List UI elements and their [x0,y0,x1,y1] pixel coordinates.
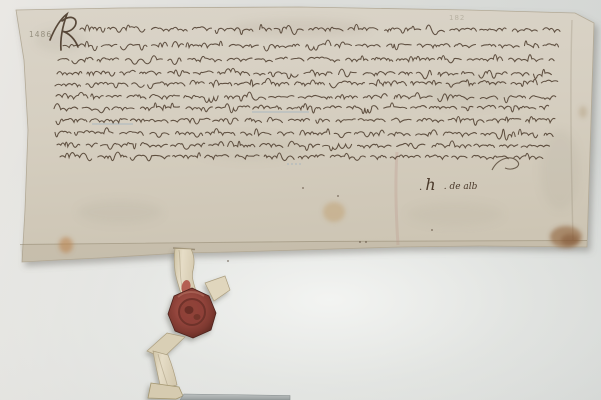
ink-speck [365,241,367,243]
seal-tag-tip [148,383,183,399]
archival-number-top-left: 1486 [29,30,52,39]
photo-backdrop: 1486 182 . h . de alb [0,0,601,400]
ink-speck [302,187,304,189]
ink-speck [359,241,361,243]
archival-number-top-right: 182 [449,14,465,22]
wax-seal [168,288,216,338]
seal-assembly [147,249,230,400]
smudge [78,200,162,224]
charter-photo: 1486 182 . h . de alb [0,0,601,400]
signature-initial: h [425,175,435,194]
ink-speck [227,260,229,262]
smudge [540,130,580,210]
signature-text: . de alb [444,182,478,192]
stain [579,106,587,118]
ink-speck [431,229,433,231]
stain [323,202,345,222]
stain [561,234,579,246]
ruler-sliver [180,394,290,400]
ink-speck [337,195,339,197]
seal-motif-2 [194,314,201,320]
smudge [407,202,503,226]
smudge [425,76,515,108]
ruler-edge [180,394,290,400]
stain [59,237,73,253]
seal-tag-strip [153,351,177,389]
seal-motif [185,306,194,314]
